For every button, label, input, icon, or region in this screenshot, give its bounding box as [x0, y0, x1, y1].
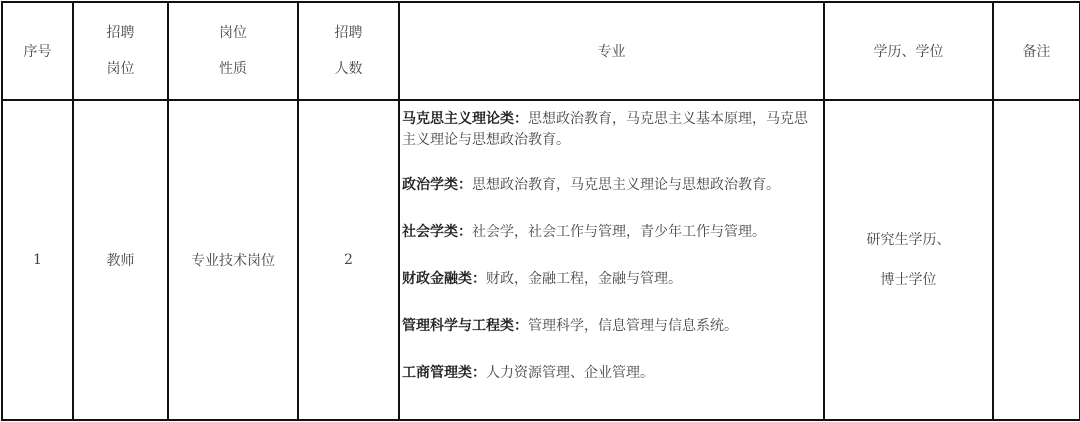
header-major: 专业	[399, 2, 824, 100]
cell-remark	[993, 100, 1080, 420]
major-item: 财政金融类：财政，金融工程，金融与管理。	[402, 269, 821, 290]
cell-degree: 研究生学历、 博士学位	[824, 100, 993, 420]
cell-position: 教师	[73, 100, 168, 420]
major-item: 管理科学与工程类：管理科学，信息管理与信息系统。	[402, 316, 821, 337]
major-item: 工商管理类：人力资源管理、企业管理。	[402, 363, 821, 384]
header-count: 招聘 人数	[298, 2, 399, 100]
header-degree: 学历、学位	[824, 2, 993, 100]
cell-major: 马克思主义理论类：思想政治教育，马克思主义基本原理，马克思主义理论与思想政治教育…	[399, 100, 824, 420]
table-row: 1 教师 专业技术岗位 2 马克思主义理论类：思想政治教育，马克思主义基本原理，…	[2, 100, 1080, 420]
header-row: 序号 招聘 岗位 岗位 性质 招聘 人数 专业 学历、学位 备注	[2, 2, 1080, 100]
cell-nature: 专业技术岗位	[168, 100, 298, 420]
cell-count: 2	[298, 100, 399, 420]
recruitment-table: 序号 招聘 岗位 岗位 性质 招聘 人数 专业 学历、学位 备注 1 教师 专业…	[1, 1, 1080, 421]
header-position: 招聘 岗位	[73, 2, 168, 100]
header-remark: 备注	[993, 2, 1080, 100]
major-item: 政治学类：思想政治教育，马克思主义理论与思想政治教育。	[402, 175, 821, 196]
major-item: 社会学类：社会学，社会工作与管理，青少年工作与管理。	[402, 222, 821, 243]
header-nature: 岗位 性质	[168, 2, 298, 100]
cell-seq: 1	[2, 100, 73, 420]
major-item: 马克思主义理论类：思想政治教育，马克思主义基本原理，马克思主义理论与思想政治教育…	[402, 109, 821, 151]
header-seq: 序号	[2, 2, 73, 100]
